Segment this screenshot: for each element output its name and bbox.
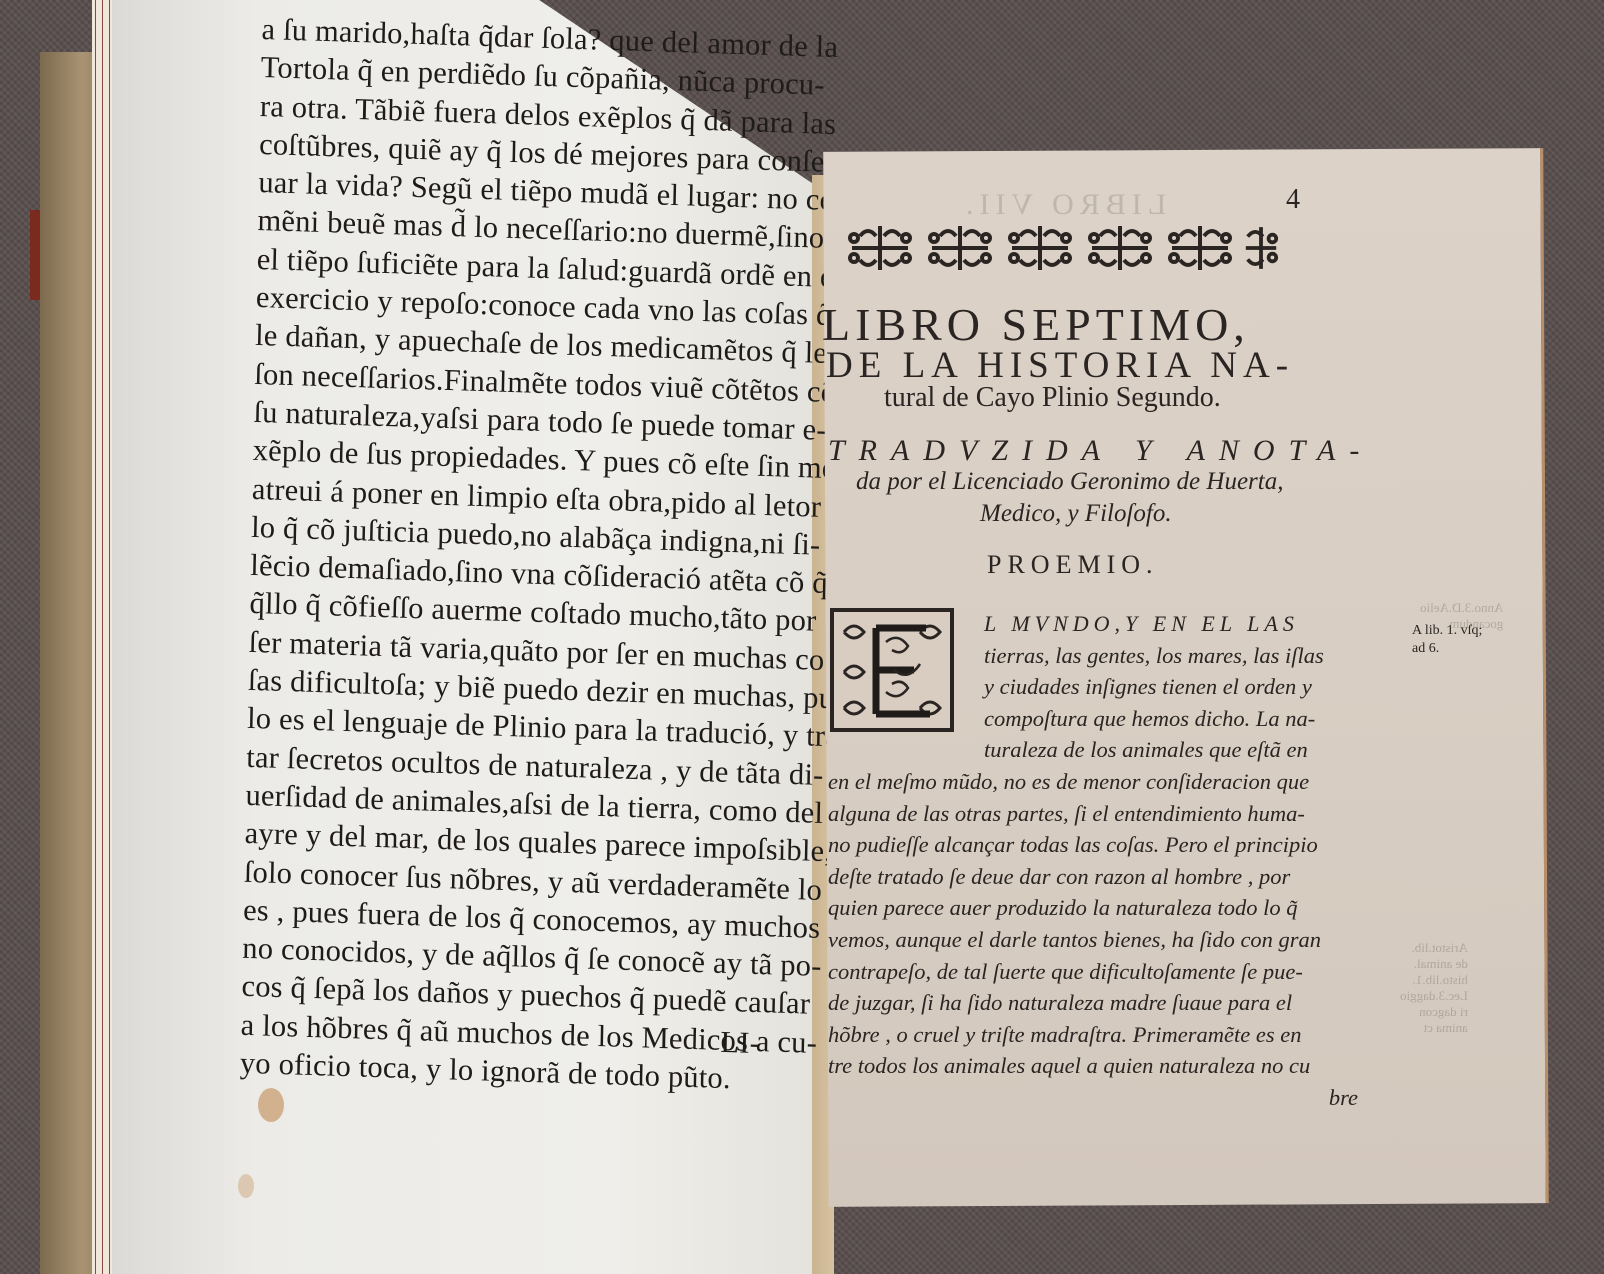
text-line: tierras, las gentes, los mares, las iſla… <box>828 640 1388 672</box>
page-number: 4 <box>1286 184 1300 216</box>
translator-credit-line-3: Medico, y Filoſofo. <box>980 500 1172 528</box>
translator-credit-line-2: da por el Licenciado Geronimo de Huerta, <box>856 468 1283 496</box>
fleuron-icon <box>1162 218 1238 278</box>
foxing-stain <box>258 1088 284 1122</box>
text-line: hõbre , o cruel y triſte madraſtra. Prim… <box>828 1019 1388 1051</box>
fleuron-icon <box>922 218 998 278</box>
left-page-text: a ſu marido,haſta q̃dar ſola? que del am… <box>240 10 802 1099</box>
text-line: vemos, aunque el darle tantos bienes, ha… <box>828 924 1388 956</box>
show-through-header: LIBRO VII. <box>960 188 1166 222</box>
section-heading: PROEMIO. <box>987 550 1159 580</box>
book-title-line-3: tural de Cayo Plinio Segundo. <box>884 382 1221 414</box>
ornamental-headpiece <box>842 218 1322 278</box>
foxing-stain <box>238 1174 254 1198</box>
text-line: y ciudades inſignes tienen el orden y <box>828 671 1388 703</box>
translator-credit: TRADVZIDA Y ANOTA- <box>828 434 1373 468</box>
red-ribbon <box>30 210 40 300</box>
fleuron-icon <box>842 218 918 278</box>
catchword: LI- <box>720 1023 760 1063</box>
fleuron-icon <box>1082 218 1158 278</box>
page-edges <box>92 0 114 1274</box>
text-line: L MVNDO,Y EN EL LAS <box>828 608 1388 640</box>
show-through-text: Anno.3.D.Aeliogocandum. <box>1420 600 1503 632</box>
text-line: quien parece auer produzido la naturalez… <box>828 892 1388 924</box>
proemio-body-text: L MVNDO,Y EN EL LAS tierras, las gentes,… <box>828 608 1388 1114</box>
text-line: contrapeſo, de tal ſuerte que dificultoſ… <box>828 956 1388 988</box>
text-line: compoſtura que hemos dicho. La na- <box>828 703 1388 735</box>
text-line: alguna de las otras partes, ſi el entend… <box>828 798 1388 830</box>
text-line: de juzgar, ſi ha ſido naturaleza madre ſ… <box>828 987 1388 1019</box>
marginal-note-line: ad 6. <box>1412 640 1482 658</box>
text-line: no pudieſſe alcançar todas las coſas. Pe… <box>828 829 1388 861</box>
text-line: deſte tratado ſe deue dar con razon al h… <box>828 861 1388 893</box>
fleuron-icon <box>1002 218 1078 278</box>
book-title-line-2: DE LA HISTORIA NA- <box>826 344 1294 387</box>
text-line: en el meſmo mũdo, no es de menor conſide… <box>828 766 1388 798</box>
catchword: bre <box>828 1082 1388 1114</box>
fleuron-icon <box>1242 218 1280 278</box>
text-line: turaleza de los animales que eſtã en <box>828 734 1388 766</box>
text-line: tre todos los animales aquel a quien nat… <box>828 1050 1388 1082</box>
show-through-text: Aristot.lib.de animal.histo.lib.1.Lec.3.… <box>1400 940 1468 1036</box>
